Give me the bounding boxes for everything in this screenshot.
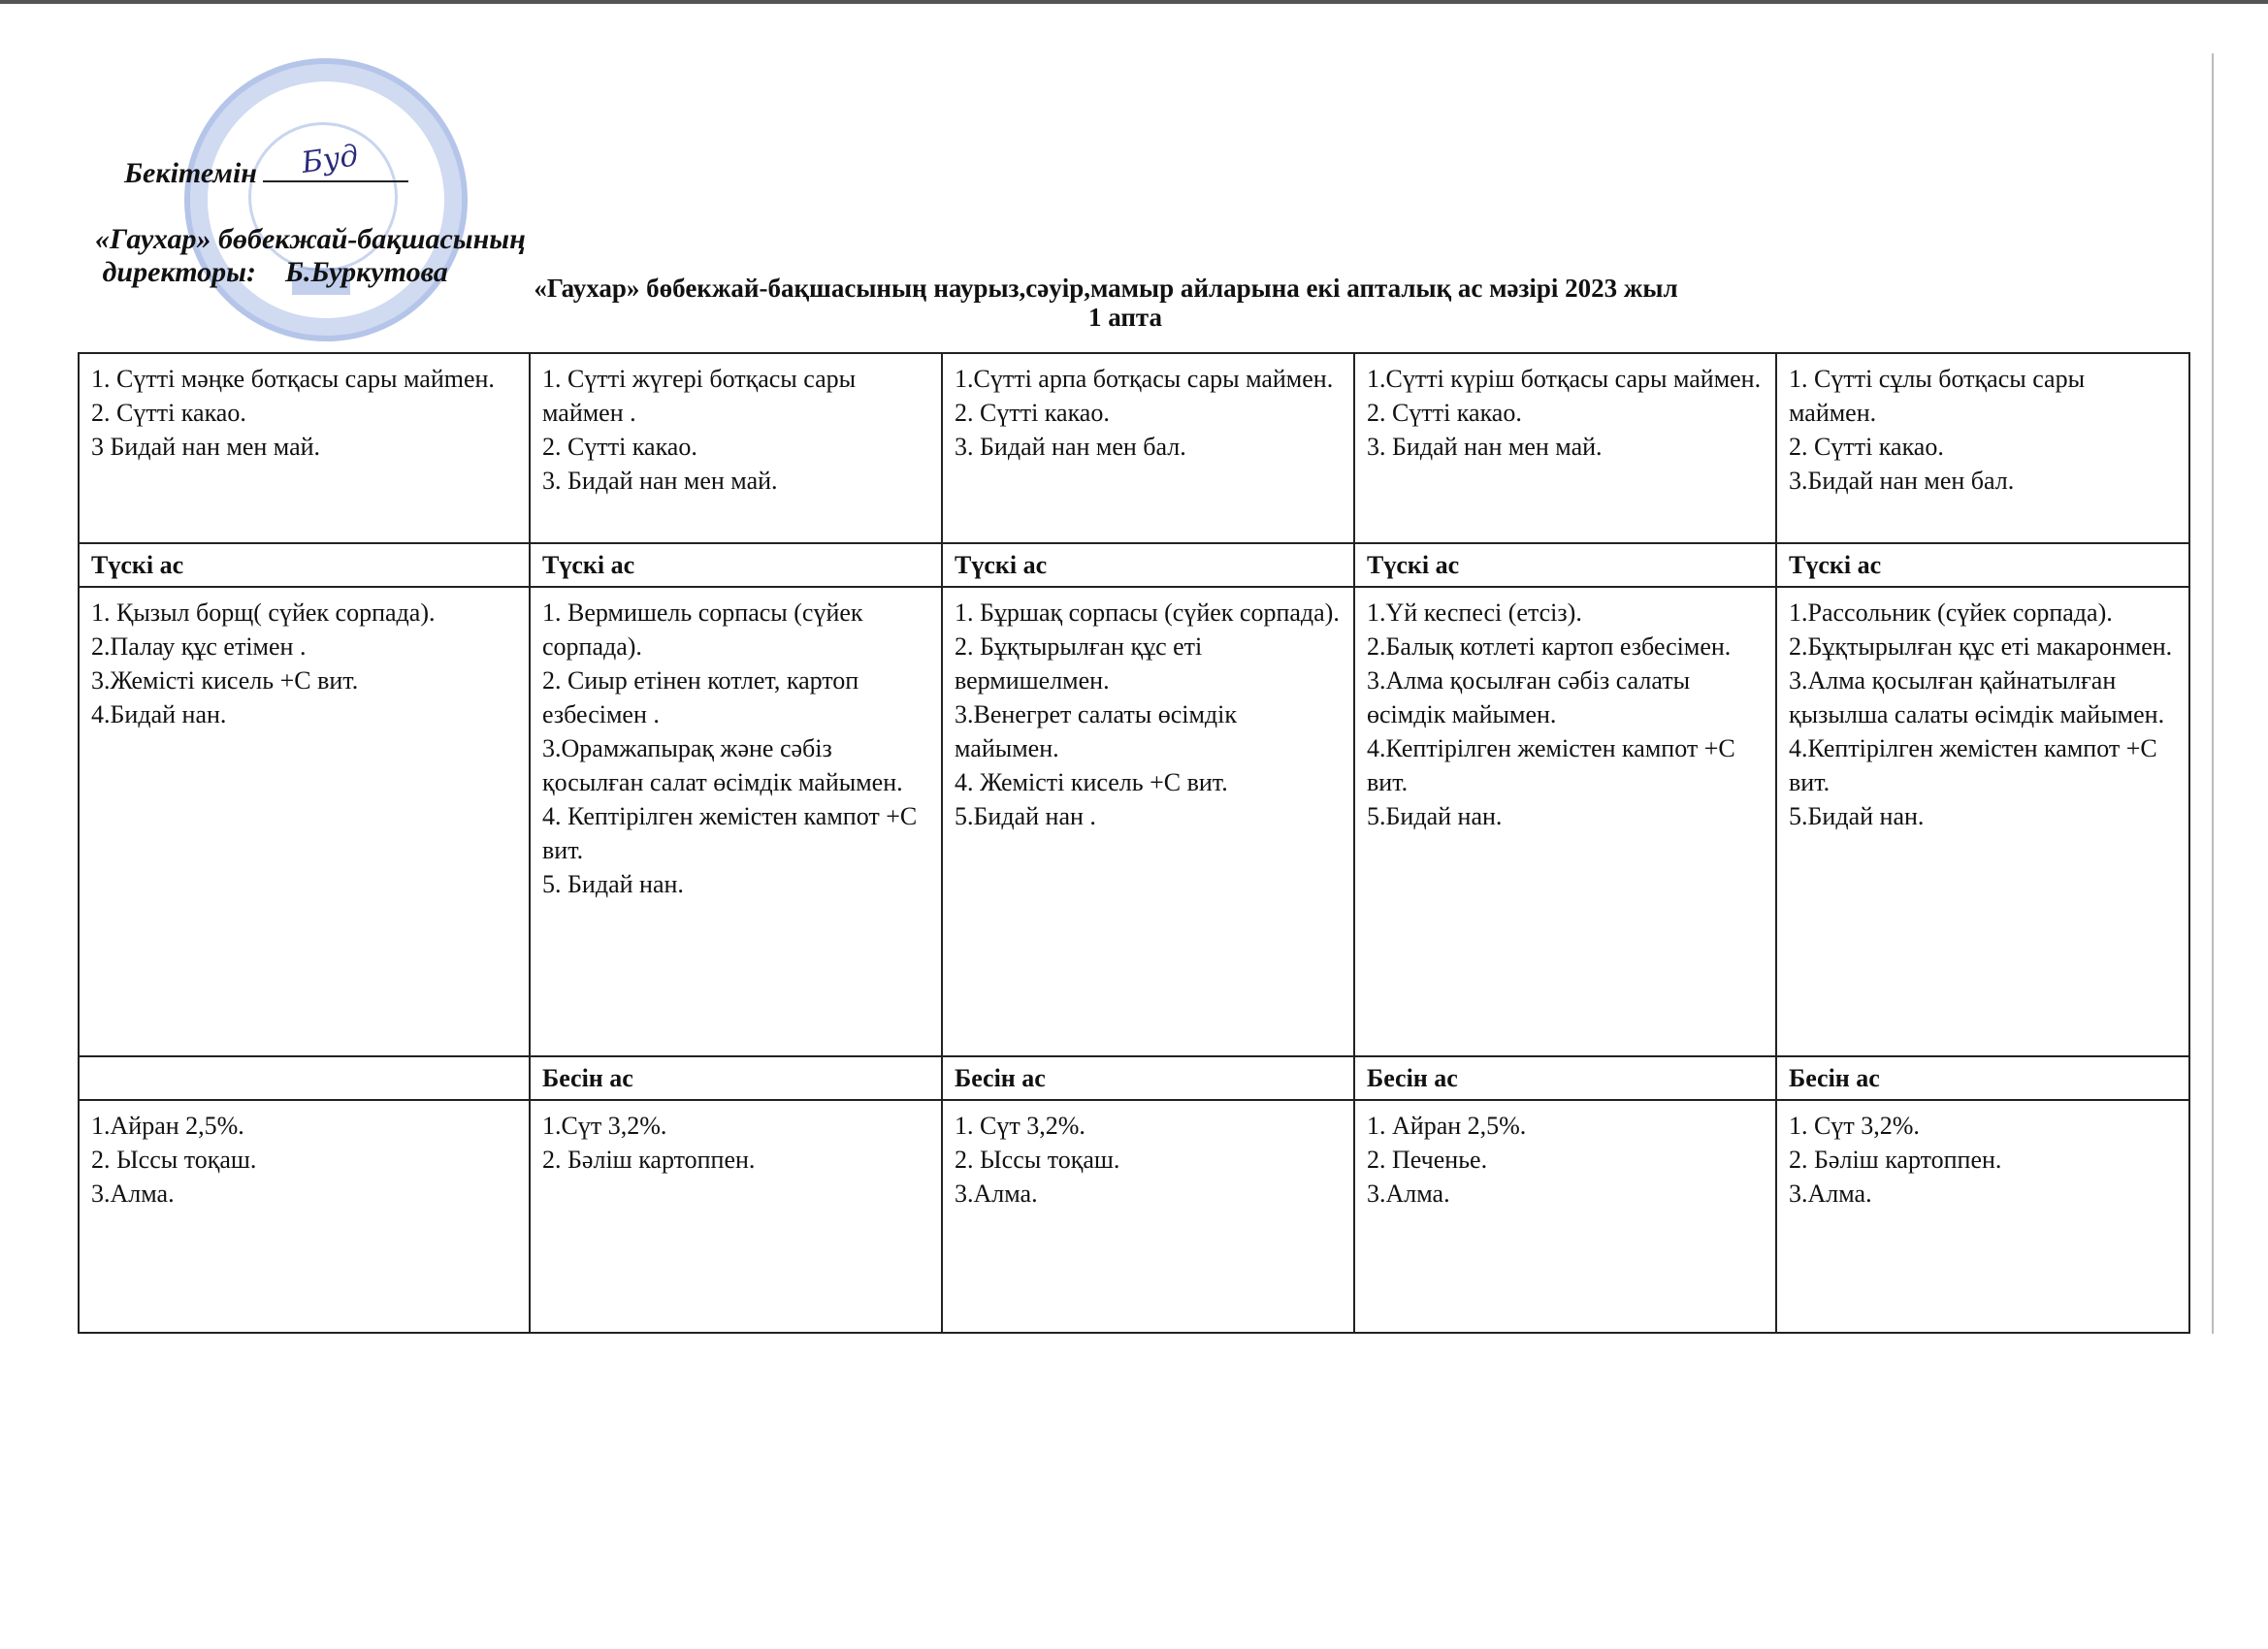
menu-item: 2. Сүтті какао.: [1789, 430, 2177, 464]
lunch-cell: 1.Рассольник (сүйек сорпада).2.Бұқтырылғ…: [1776, 587, 2189, 1056]
lunch-cell: 1. Қызыл борщ( сүйек сорпада).2.Палау құ…: [79, 587, 530, 1056]
snack-header-cell: Бесін ас: [530, 1056, 942, 1100]
menu-item: 2. Ыссы тоқаш.: [91, 1143, 517, 1177]
menu-item: 2.Палау құс етімен .: [91, 630, 517, 663]
menu-item: 3.Алма.: [1367, 1177, 1764, 1211]
menu-item: 1. Сүтті мәңке ботқасы сары майmен.: [91, 362, 517, 396]
lunch-header-cell: Түскі ас: [79, 543, 530, 587]
lunch-cell: 1. Бұршақ сорпасы (сүйек сорпада).2. Бұқ…: [942, 587, 1354, 1056]
menu-item: 3.Жемісті кисель +С вит.: [91, 663, 517, 697]
signature-line: Буд: [263, 157, 408, 182]
menu-item: 3. Бидай нан мен май.: [1367, 430, 1764, 464]
menu-item: 2. Ыссы тоқаш.: [955, 1143, 1342, 1177]
approval-label: Бекітемін: [124, 157, 257, 189]
menu-item: 3 Бидай нан мен май.: [91, 430, 517, 464]
menu-item: 3.Алма қосылған қайнатылған қызылша сала…: [1789, 663, 2177, 731]
menu-item: 3.Алма.: [91, 1177, 517, 1211]
menu-item: 2. Сүтті какао.: [91, 396, 517, 430]
menu-item: 5.Бидай нан.: [1789, 799, 2177, 833]
approval-org: «Гаухар» бөбекжай-бақшасының: [95, 223, 526, 256]
snack-header-row: Бесін асБесін асБесін асБесін ас: [79, 1056, 2189, 1100]
lunch-header-cell: Түскі ас: [530, 543, 942, 587]
menu-item: 2. Сүтті какао.: [542, 430, 929, 464]
menu-item: 3. Бидай нан мен май.: [542, 464, 929, 498]
menu-item: 3.Орамжапырақ және сәбіз қосылған салат …: [542, 731, 929, 799]
lunch-cell: 1.Үй кеспесі (етсіз).2.Балық котлеті кар…: [1354, 587, 1776, 1056]
lunch-cell: 1. Вермишель сорпасы (сүйек сорпада).2. …: [530, 587, 942, 1056]
signature: Буд: [300, 140, 361, 180]
breakfast-cell: 1. Сүтті сұлы ботқасы сары маймен.2. Сүт…: [1776, 353, 2189, 543]
menu-item: 1. Вермишель сорпасы (сүйек сорпада).: [542, 596, 929, 663]
menu-item: 1. Сүтті сұлы ботқасы сары маймен.: [1789, 362, 2177, 430]
breakfast-cell: 1.Сүтті арпа ботқасы сары маймен.2. Сүтт…: [942, 353, 1354, 543]
menu-item: 4. Кептірілген жемістен кампот +С вит.: [542, 799, 929, 867]
menu-item: 5.Бидай нан.: [1367, 799, 1764, 833]
lunch-header-cell: Түскі ас: [942, 543, 1354, 587]
menu-item: 2. Сиыр етінен котлет, картоп езбесімен …: [542, 663, 929, 731]
breakfast-cell: 1. Сүтті жүгері ботқасы сары маймен .2. …: [530, 353, 942, 543]
breakfast-cell: 1.Сүтті күріш ботқасы сары маймен.2. Сүт…: [1354, 353, 1776, 543]
week-label: 1 апта: [417, 303, 1833, 333]
menu-item: 1.Рассольник (сүйек сорпада).: [1789, 596, 2177, 630]
menu-item: 1. Қызыл борщ( сүйек сорпада).: [91, 596, 517, 630]
menu-item: 1.Сүтті арпа ботқасы сары маймен.: [955, 362, 1342, 396]
menu-item: 2. Бәліш картоппен.: [1789, 1143, 2177, 1177]
menu-item: 5.Бидай нан .: [955, 799, 1342, 833]
menu-item: 3.Алма.: [955, 1177, 1342, 1211]
lunch-header-cell: Түскі ас: [1776, 543, 2189, 587]
snack-header-cell: Бесін ас: [1776, 1056, 2189, 1100]
menu-item: 3.Алма.: [1789, 1177, 2177, 1211]
menu-item: 5. Бидай нан.: [542, 867, 929, 901]
menu-item: 1. Сүт 3,2%.: [955, 1109, 1342, 1143]
menu-item: 4.Бидай нан.: [91, 697, 517, 731]
approval-line-1: БекітемінБуд: [95, 124, 526, 223]
snack-row: 1.Айран 2,5%.2. Ыссы тоқаш.3.Алма.1.Сүт …: [79, 1100, 2189, 1333]
menu-item: 1. Сүтті жүгері ботқасы сары маймен .: [542, 362, 929, 430]
menu-item: 2. Сүтті какао.: [1367, 396, 1764, 430]
lunch-header-cell: Түскі ас: [1354, 543, 1776, 587]
lunch-row: 1. Қызыл борщ( сүйек сорпада).2.Палау құ…: [79, 587, 2189, 1056]
snack-cell: 1. Сүт 3,2%.2. Бәліш картоппен.3.Алма.: [1776, 1100, 2189, 1333]
snack-cell: 1.Сүт 3,2%.2. Бәліш картоппен.: [530, 1100, 942, 1333]
snack-header-cell: Бесін ас: [1354, 1056, 1776, 1100]
menu-item: 4.Кептірілген жемістен кампот +С вит.: [1789, 731, 2177, 799]
approval-block: БекітемінБуд «Гаухар» бөбекжай-бақшасыны…: [95, 124, 526, 289]
menu-item: 1. Сүт 3,2%.: [1789, 1109, 2177, 1143]
breakfast-row: 1. Сүтті мәңке ботқасы сары майmен.2. Сү…: [79, 353, 2189, 543]
snack-header-cell: [79, 1056, 530, 1100]
scan-margin-line: [2212, 53, 2214, 1334]
menu-item: 2. Бұқтырылған құс еті вермишелмен.: [955, 630, 1342, 697]
scan-edge: [0, 0, 2268, 4]
menu-item: 4. Жемісті кисель +С вит.: [955, 765, 1342, 799]
snack-cell: 1. Сүт 3,2%.2. Ыссы тоқаш.3.Алма.: [942, 1100, 1354, 1333]
menu-item: 3.Алма қосылған сәбіз салаты өсімдік май…: [1367, 663, 1764, 731]
menu-table: 1. Сүтті мәңке ботқасы сары майmен.2. Сү…: [78, 352, 2190, 1334]
menu-item: 1.Сүтті күріш ботқасы сары маймен.: [1367, 362, 1764, 396]
snack-cell: 1. Айран 2,5%.2. Печенье.3.Алма.: [1354, 1100, 1776, 1333]
menu-item: 4.Кептірілген жемістен кампот +С вит.: [1367, 731, 1764, 799]
menu-item: 1. Айран 2,5%.: [1367, 1109, 1764, 1143]
snack-header-cell: Бесін ас: [942, 1056, 1354, 1100]
menu-item: 3.Бидай нан мен бал.: [1789, 464, 2177, 498]
menu-item: 2. Бәліш картоппен.: [542, 1143, 929, 1177]
breakfast-cell: 1. Сүтті мәңке ботқасы сары майmен.2. Сү…: [79, 353, 530, 543]
menu-item: 3. Бидай нан мен бал.: [955, 430, 1342, 464]
menu-item: 1.Айран 2,5%.: [91, 1109, 517, 1143]
menu-item: 2.Балық котлеті картоп езбесімен.: [1367, 630, 1764, 663]
lunch-header-row: Түскі асТүскі асТүскі асТүскі асТүскі ас: [79, 543, 2189, 587]
menu-item: 2. Печенье.: [1367, 1143, 1764, 1177]
menu-item: 3.Венегрет салаты өсімдік майымен.: [955, 697, 1342, 765]
menu-item: 1.Үй кеспесі (етсіз).: [1367, 596, 1764, 630]
menu-item: 1. Бұршақ сорпасы (сүйек сорпада).: [955, 596, 1342, 630]
menu-item: 1.Сүт 3,2%.: [542, 1109, 929, 1143]
menu-item: 2.Бұқтырылған құс еті макаронмен.: [1789, 630, 2177, 663]
document-title: «Гаухар» бөбекжай-бақшасының наурыз,сәуі…: [417, 272, 1795, 305]
snack-cell: 1.Айран 2,5%.2. Ыссы тоқаш.3.Алма.: [79, 1100, 530, 1333]
menu-item: 2. Сүтті какао.: [955, 396, 1342, 430]
